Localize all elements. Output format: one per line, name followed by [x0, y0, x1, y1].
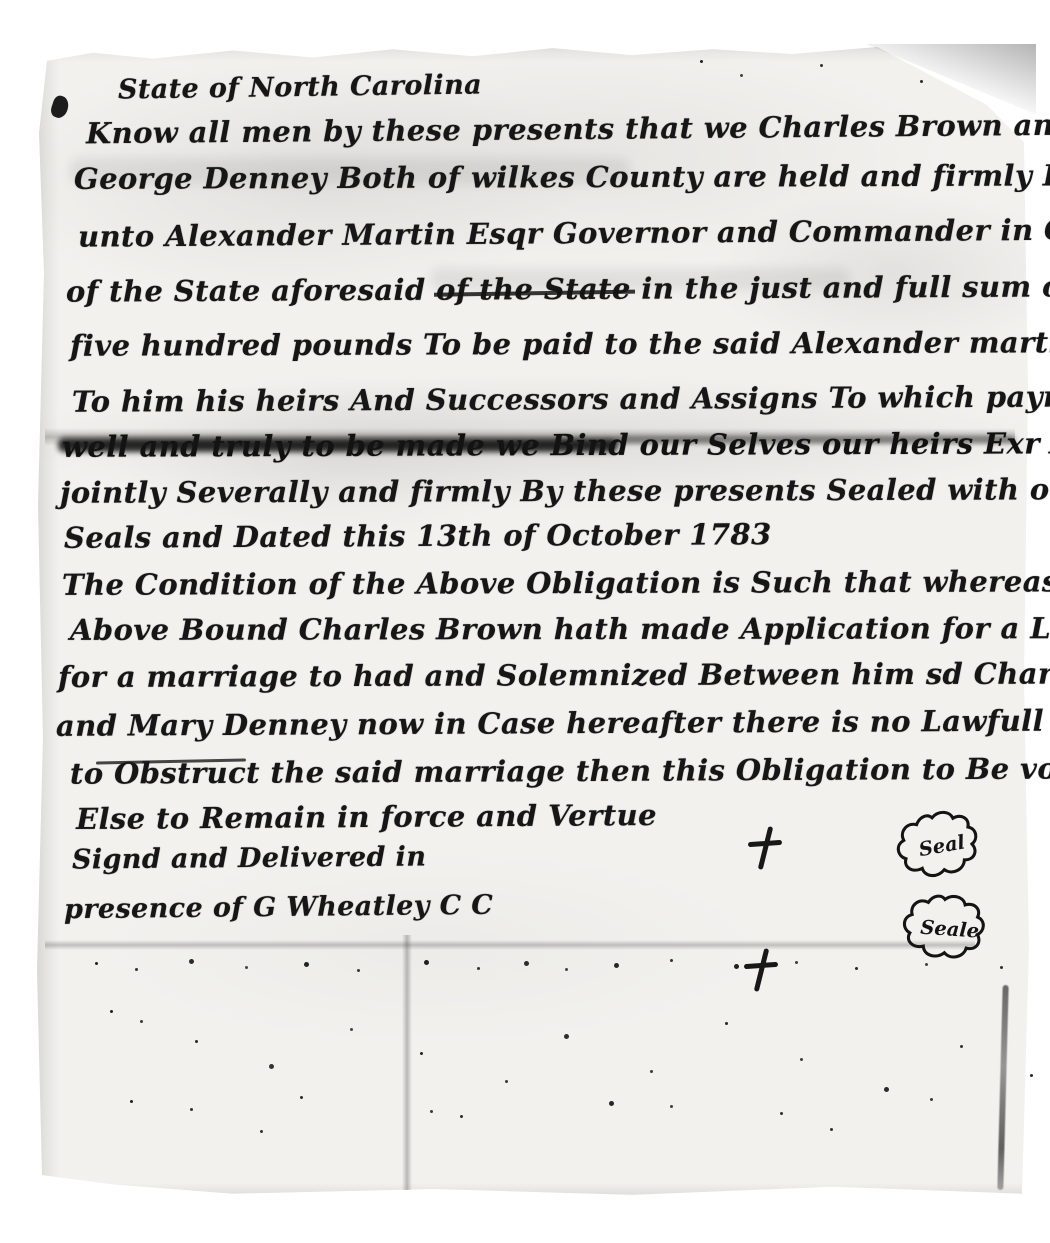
- signature-cross-mark: [748, 826, 782, 870]
- manuscript-line-heading: State of North Carolina: [118, 69, 482, 105]
- manuscript-line: to Obstruct the said marriage then this …: [70, 751, 1050, 790]
- seal-label: Seal: [917, 830, 967, 861]
- manuscript-line: and Mary Denney now in Case hereafter th…: [56, 703, 1050, 743]
- manuscript-line: George Denney Both of wilkes County are …: [74, 158, 1050, 196]
- fold-crease-horizontal: [45, 940, 975, 950]
- manuscript-line: jointly Severally and firmly By these pr…: [60, 472, 1050, 510]
- manuscript-line: unto Alexander Martin Esqr Governor and …: [78, 212, 1050, 253]
- manuscript-line-signed: Signd and Delivered in: [72, 841, 427, 875]
- struck-out-words: of the State: [436, 272, 631, 307]
- manuscript-line: Above Bound Charles Brown hath made Appl…: [70, 611, 1050, 647]
- speckle-noise: [130, 1100, 133, 1103]
- speckle-noise: [700, 60, 703, 63]
- signature-cross-mark: [744, 948, 778, 992]
- fold-crease-vertical: [402, 935, 412, 1190]
- speckle-noise: [110, 1010, 113, 1013]
- manuscript-line: Else to Remain in force and Vertue: [76, 798, 657, 836]
- seal-label: Seale: [920, 916, 980, 943]
- manuscript-line: Seals and Dated this 13th of October 178…: [64, 517, 772, 555]
- scalloped-seal-outline: Seale: [898, 891, 989, 965]
- manuscript-line: To him his heirs And Successors and Assi…: [72, 379, 1050, 419]
- scanned-document-page: { "document": { "kind": "handwritten mar…: [0, 0, 1050, 1243]
- manuscript-line-witness: presence of G Wheatley C C: [64, 890, 494, 925]
- manuscript-line: of the State aforesaid of the State in t…: [66, 269, 1050, 308]
- line-segment: in the just and full sum of: [631, 269, 1050, 305]
- manuscript-line: for a marriage to had and Solemnized Bet…: [58, 656, 1050, 694]
- speckle-noise: [95, 962, 98, 965]
- ink-smear: [58, 438, 618, 452]
- manuscript-line: five hundred pounds To be paid to the sa…: [70, 325, 1050, 363]
- ink-smear: [615, 437, 1015, 443]
- manuscript-line: The Condition of the Above Obligation is…: [62, 564, 1050, 602]
- line-segment: of the State aforesaid: [66, 273, 436, 309]
- seal-stamp: Seale: [898, 891, 989, 965]
